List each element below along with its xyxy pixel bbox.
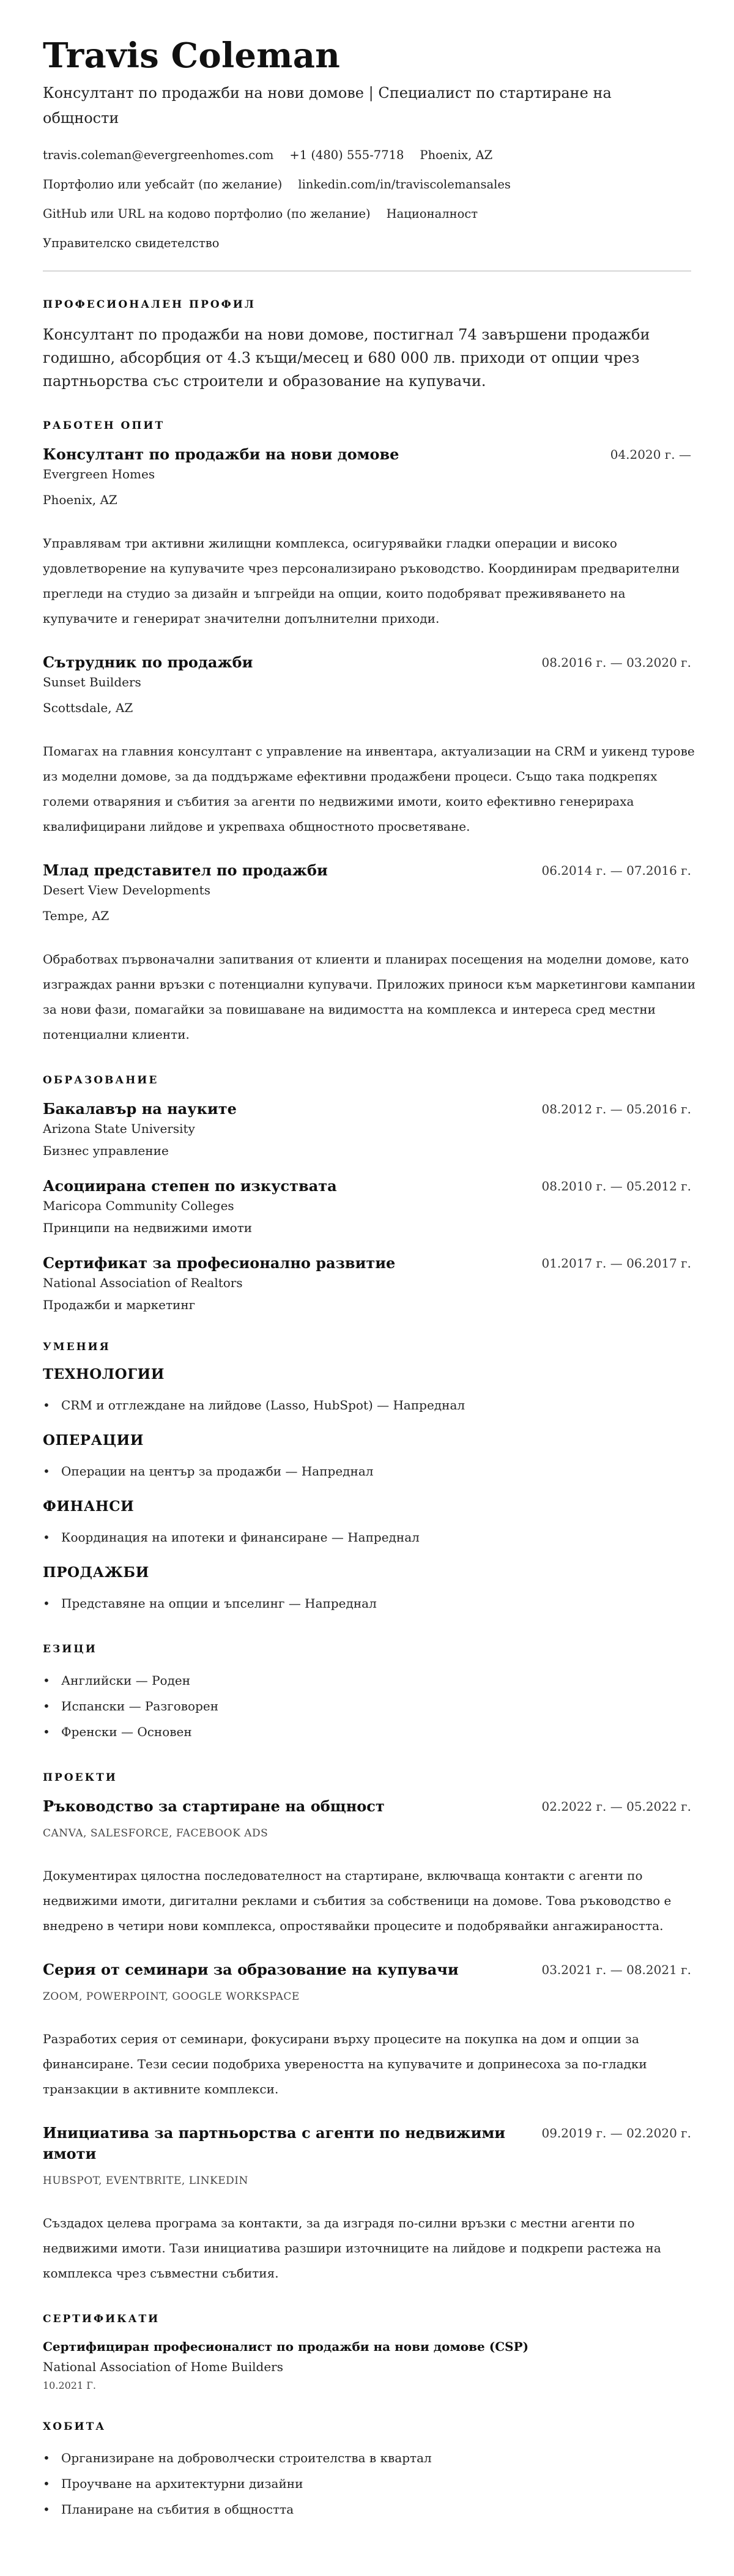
projects-section: Проекти Ръководство за стартиране на общ… bbox=[43, 1772, 691, 2286]
school-name: Arizona State University bbox=[43, 1119, 691, 1138]
skill-item: CRM и отглеждане на лийдове (Lasso, HubS… bbox=[43, 1392, 691, 1418]
job-title: Сътрудник по продажби bbox=[43, 652, 253, 673]
school-name: National Association of Realtors bbox=[43, 1274, 691, 1292]
skill-item: Операции на център за продажби — Напредн… bbox=[43, 1458, 691, 1484]
project-tech: CANVA, SALESFORCE, FACEBOOK ADS bbox=[43, 1825, 691, 1841]
hobbies-list: Организиране на доброволчески строителст… bbox=[43, 2445, 691, 2522]
experience-list: Консултант по продажби на нови домове04.… bbox=[43, 444, 691, 1047]
job-location: Phoenix, AZ bbox=[43, 491, 691, 509]
job-dates: 06.2014 г. — 07.2016 г. bbox=[541, 860, 691, 881]
projects-list: Ръководство за стартиране на общност02.2… bbox=[43, 1796, 691, 2286]
company-name: Evergreen Homes bbox=[43, 465, 691, 483]
section-title-hobbies: Хобита bbox=[43, 2421, 691, 2433]
hobby-item: Организиране на доброволчески строителст… bbox=[43, 2445, 691, 2471]
company-name: Sunset Builders bbox=[43, 673, 691, 691]
skill-item: Координация на ипотеки и финансиране — Н… bbox=[43, 1524, 691, 1550]
section-title-projects: Проекти bbox=[43, 1772, 691, 1784]
skill-category-title: ТЕХНОЛОГИИ bbox=[43, 1365, 691, 1384]
summary-section: Професионален профил Консултант по прода… bbox=[43, 299, 691, 393]
entry-header: Сътрудник по продажби08.2016 г. — 03.202… bbox=[43, 652, 691, 673]
hobby-item: Планиране на събития в общността bbox=[43, 2496, 691, 2522]
language-item: Испански — Разговорен bbox=[43, 1693, 691, 1719]
header-divider bbox=[43, 270, 691, 272]
degree-title: Бакалавър на науките bbox=[43, 1099, 237, 1119]
languages-list: Английски — РоденИспански — РазговоренФр… bbox=[43, 1668, 691, 1745]
project-name: Ръководство за стартиране на общност bbox=[43, 1796, 385, 1817]
summary-text: Консултант по продажби на нови домове, п… bbox=[43, 323, 703, 393]
project-tech: ZOOM, POWERPOINT, GOOGLE WORKSPACE bbox=[43, 1989, 691, 2005]
entry-header: Млад представител по продажби06.2014 г. … bbox=[43, 860, 691, 881]
skills-section: Умения ТЕХНОЛОГИИCRM и отглеждане на лий… bbox=[43, 1341, 691, 1616]
education-section: Образование Бакалавър на науките08.2012 … bbox=[43, 1074, 691, 1314]
education-entry: Сертификат за професионално развитие01.2… bbox=[43, 1253, 691, 1314]
section-title-skills: Умения bbox=[43, 1341, 691, 1353]
job-location: Scottsdale, AZ bbox=[43, 699, 691, 717]
language-item: Английски — Роден bbox=[43, 1668, 691, 1693]
skill-list: Операции на център за продажби — Напредн… bbox=[43, 1458, 691, 1484]
certificates-section: Сертификати Сертифициран професионалист … bbox=[43, 2313, 691, 2394]
section-title-languages: Езици bbox=[43, 1643, 691, 1655]
education-entry: Бакалавър на науките08.2012 г. — 05.2016… bbox=[43, 1099, 691, 1160]
resume-header: Travis Coleman Консултант по продажби на… bbox=[43, 35, 691, 272]
skill-list: Представяне на опции и ъпселинг — Напред… bbox=[43, 1591, 691, 1616]
contact-row: Управителско свидетелство bbox=[43, 235, 691, 252]
skill-item: Представяне на опции и ъпселинг — Напред… bbox=[43, 1591, 691, 1616]
experience-section: Работен опит Консултант по продажби на н… bbox=[43, 420, 691, 1047]
certificate-entry: Сертифициран професионалист по продажби … bbox=[43, 2337, 691, 2394]
section-title-education: Образование bbox=[43, 1074, 691, 1086]
section-title-experience: Работен опит bbox=[43, 420, 691, 432]
project-name: Инициатива за партньорства с агенти по н… bbox=[43, 2123, 532, 2164]
field-of-study: Продажби и маркетинг bbox=[43, 1296, 691, 1314]
entry-header: Серия от семинари за образование на купу… bbox=[43, 1959, 691, 1980]
school-name: Maricopa Community Colleges bbox=[43, 1197, 691, 1215]
contact-item: GitHub или URL на кодово портфолио (по ж… bbox=[43, 207, 371, 221]
experience-entry: Млад представител по продажби06.2014 г. … bbox=[43, 860, 691, 1047]
entry-header: Консултант по продажби на нови домове04.… bbox=[43, 444, 691, 465]
contact-item: Phoenix, AZ bbox=[420, 148, 492, 162]
project-description: Разработих серия от семинари, фокусирани… bbox=[43, 2027, 703, 2102]
experience-entry: Консултант по продажби на нови домове04.… bbox=[43, 444, 691, 631]
job-dates: 04.2020 г. — bbox=[610, 444, 691, 465]
contact-item: travis.coleman@evergreenhomes.com bbox=[43, 148, 273, 162]
contact-item: +1 (480) 555-7718 bbox=[289, 148, 404, 162]
field-of-study: Принципи на недвижими имоти bbox=[43, 1219, 691, 1237]
contact-item: Управителско свидетелство bbox=[43, 236, 220, 250]
education-list: Бакалавър на науките08.2012 г. — 05.2016… bbox=[43, 1099, 691, 1314]
contact-row: travis.coleman@evergreenhomes.com+1 (480… bbox=[43, 147, 691, 164]
job-description: Помагах на главния консултант с управлен… bbox=[43, 739, 703, 839]
project-entry: Ръководство за стартиране на общност02.2… bbox=[43, 1796, 691, 1939]
section-title-summary: Професионален профил bbox=[43, 299, 691, 311]
certificate-date: 10.2021 Г. bbox=[43, 2378, 691, 2394]
entry-header: Сертификат за професионално развитие01.2… bbox=[43, 1253, 691, 1274]
degree-title: Асоциирана степен по изкуствата bbox=[43, 1176, 337, 1197]
project-tech: HUBSPOT, EVENTBRITE, LINKEDIN bbox=[43, 2173, 691, 2189]
project-dates: 03.2021 г. — 08.2021 г. bbox=[541, 1959, 691, 1980]
company-name: Desert View Developments bbox=[43, 881, 691, 899]
contact-item: linkedin.com/in/traviscolemansales bbox=[298, 177, 511, 191]
project-description: Документирах цялостна последователност н… bbox=[43, 1863, 703, 1939]
resume-page: Travis Coleman Консултант по продажби на… bbox=[0, 0, 734, 2559]
project-description: Създадох целева програма за контакти, за… bbox=[43, 2211, 703, 2286]
entry-header: Ръководство за стартиране на общност02.2… bbox=[43, 1796, 691, 1817]
language-item: Френски — Основен bbox=[43, 1719, 691, 1745]
contact-item: Портфолио или уебсайт (по желание) bbox=[43, 177, 282, 191]
hobby-item: Проучване на архитектурни дизайни bbox=[43, 2471, 691, 2496]
skill-list: CRM и отглеждане на лийдове (Lasso, HubS… bbox=[43, 1392, 691, 1418]
contact-item: Националност bbox=[387, 207, 478, 221]
skill-category-title: ОПЕРАЦИИ bbox=[43, 1431, 691, 1450]
certificate-name: Сертифициран професионалист по продажби … bbox=[43, 2337, 691, 2356]
project-dates: 02.2022 г. — 05.2022 г. bbox=[541, 1796, 691, 1817]
project-dates: 09.2019 г. — 02.2020 г. bbox=[541, 2123, 691, 2144]
education-dates: 08.2012 г. — 05.2016 г. bbox=[541, 1099, 691, 1119]
project-entry: Инициатива за партньорства с агенти по н… bbox=[43, 2123, 691, 2286]
education-dates: 01.2017 г. — 06.2017 г. bbox=[541, 1253, 691, 1274]
job-description: Управлявам три активни жилищни комплекса… bbox=[43, 531, 703, 631]
section-title-certificates: Сертификати bbox=[43, 2313, 691, 2325]
skills-list: ТЕХНОЛОГИИCRM и отглеждане на лийдове (L… bbox=[43, 1365, 691, 1616]
candidate-name: Travis Coleman bbox=[43, 35, 691, 76]
contact-row: Портфолио или уебсайт (по желание)linked… bbox=[43, 176, 691, 193]
certificates-list: Сертифициран професионалист по продажби … bbox=[43, 2337, 691, 2394]
skill-category-title: ФИНАНСИ bbox=[43, 1498, 691, 1516]
education-dates: 08.2010 г. — 05.2012 г. bbox=[541, 1176, 691, 1197]
contact-row: GitHub или URL на кодово портфолио (по ж… bbox=[43, 206, 691, 223]
degree-title: Сертификат за професионално развитие bbox=[43, 1253, 395, 1274]
languages-section: Езици Английски — РоденИспански — Разгов… bbox=[43, 1643, 691, 1745]
contact-info: travis.coleman@evergreenhomes.com+1 (480… bbox=[43, 147, 691, 252]
certificate-issuer: National Association of Home Builders bbox=[43, 2356, 691, 2378]
job-title: Млад представител по продажби bbox=[43, 860, 328, 881]
field-of-study: Бизнес управление bbox=[43, 1141, 691, 1160]
project-name: Серия от семинари за образование на купу… bbox=[43, 1959, 459, 1980]
skill-category-title: ПРОДАЖБИ bbox=[43, 1564, 691, 1582]
education-entry: Асоциирана степен по изкуствата08.2010 г… bbox=[43, 1176, 691, 1237]
skill-list: Координация на ипотеки и финансиране — Н… bbox=[43, 1524, 691, 1550]
job-title: Консултант по продажби на нови домове bbox=[43, 444, 399, 465]
entry-header: Асоциирана степен по изкуствата08.2010 г… bbox=[43, 1176, 691, 1197]
job-description: Обработвах първоначални запитвания от кл… bbox=[43, 947, 703, 1047]
job-location: Tempe, AZ bbox=[43, 907, 691, 925]
hobbies-section: Хобита Организиране на доброволчески стр… bbox=[43, 2421, 691, 2522]
entry-header: Инициатива за партньорства с агенти по н… bbox=[43, 2123, 691, 2164]
entry-header: Бакалавър на науките08.2012 г. — 05.2016… bbox=[43, 1099, 691, 1119]
experience-entry: Сътрудник по продажби08.2016 г. — 03.202… bbox=[43, 652, 691, 839]
candidate-headline: Консултант по продажби на нови домове | … bbox=[43, 81, 654, 131]
project-entry: Серия от семинари за образование на купу… bbox=[43, 1959, 691, 2102]
job-dates: 08.2016 г. — 03.2020 г. bbox=[541, 652, 691, 673]
